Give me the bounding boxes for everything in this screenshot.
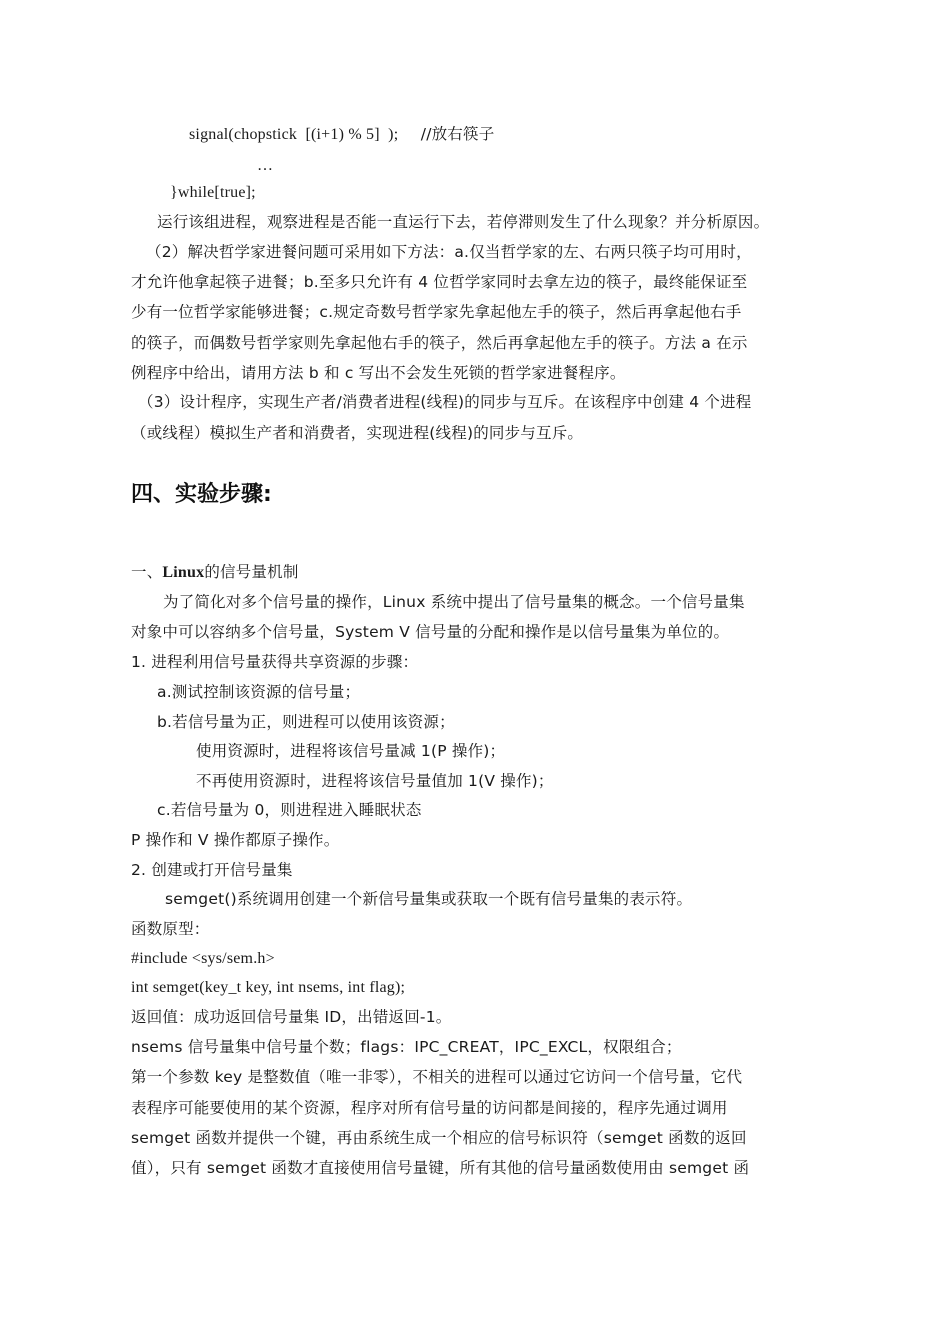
step2-signature: int semget(key_t key, int nsems, int fla… (131, 978, 405, 998)
task-p2-line-5: 例程序中给出，请用方法 b 和 c 写出不会发生死锁的哲学家进餐程序。 (131, 363, 626, 383)
step1-item-c: c.若信号量为 0，则进程进入睡眠状态 (157, 800, 422, 820)
step2-include: #include <sys/sem.h> (131, 949, 275, 969)
task-p2-line-4: 的筷子，而偶数号哲学家则先拿起他右手的筷子，然后再拿起他左手的筷子。方法 a 在… (131, 333, 748, 353)
step1-item-b-sub2: 不再使用资源时，进程将该信号量值加 1(V 操作)； (196, 771, 554, 791)
step2-key-line-1: 第一个参数 key 是整数值（唯一非零），不相关的进程可以通过它访问一个信号量，… (131, 1067, 742, 1087)
step2-params: nsems 信号量集中信号量个数；flags：IPC_CREAT，IPC_EXC… (131, 1037, 682, 1057)
step1-item-b: b.若信号量为正，则进程可以使用该资源； (157, 712, 455, 732)
task-p2-line-2: 才允许他拿起筷子进餐；b.至多只允许有 4 位哲学家同时去拿左边的筷子，最终能保… (131, 272, 747, 292)
code-signal-line: signal(chopstick [(i+1) % 5] ); //放右筷子 (189, 124, 494, 145)
code-ellipsis: … (257, 156, 273, 176)
task-p1: 运行该组进程，观察进程是否能一直运行下去，若停滞则发生了什么现象？并分析原因。 (157, 212, 769, 232)
subsection-heading: 一、Linux的信号量机制 (131, 562, 299, 583)
step1-item-a: a.测试控制该资源的信号量； (157, 682, 360, 702)
step2-key-line-4: 值），只有 semget 函数才直接使用信号量键，所有其他的信号量函数使用由 s… (131, 1158, 749, 1178)
step2-proto-label: 函数原型： (131, 919, 210, 939)
intro-line-2: 对象中可以容纳多个信号量，System V 信号量的分配和操作是以信号量集为单位… (131, 622, 729, 642)
task-p2-line-3: 少有一位哲学家能够进餐；c.规定奇数号哲学家先拿起他左手的筷子，然后再拿起他右手 (131, 302, 741, 322)
code-signal-comment: //放右筷子 (421, 125, 495, 143)
task-p2-line-1: （2）解决哲学家进餐问题可采用如下方法：a.仅当哲学家的左、右两只筷子均可用时， (146, 242, 752, 262)
section-heading: 四、实验步骤: (131, 481, 272, 509)
subsection-bold-word: Linux (162, 564, 204, 581)
document-page: signal(chopstick [(i+1) % 5] ); //放右筷子 …… (0, 0, 950, 1320)
step1-item-b-sub1: 使用资源时，进程将该信号量减 1(P 操作)； (196, 741, 505, 761)
step2-desc: semget()系统调用创建一个新信号量集或获取一个既有信号量集的表示符。 (165, 889, 692, 909)
code-signal-call: signal(chopstick [(i+1) % 5] ); (189, 126, 398, 143)
step2-title: 2. 创建或打开信号量集 (131, 860, 293, 880)
task-p3-line-2: （或线程）模拟生产者和消费者，实现进程(线程)的同步与互斥。 (131, 423, 583, 443)
subsection-prefix: 一、 (131, 563, 162, 581)
step2-key-line-2: 表程序可能要使用的某个资源，程序对所有信号量的访问都是间接的，程序先通过调用 (131, 1098, 728, 1118)
code-while-line: }while[true]; (170, 183, 256, 203)
step2-return-value: 返回值：成功返回信号量集 ID，出错返回-1。 (131, 1007, 452, 1027)
intro-line-1: 为了简化对多个信号量的操作，Linux 系统中提出了信号量集的概念。一个信号量集 (163, 592, 745, 612)
step1-note: P 操作和 V 操作都原子操作。 (131, 830, 339, 850)
task-p3-line-1: （3）设计程序，实现生产者/消费者进程(线程)的同步与互斥。在该程序中创建 4 … (138, 392, 752, 412)
step2-key-line-3: semget 函数并提供一个键，再由系统生成一个相应的信号标识符（semget … (131, 1128, 747, 1148)
step1-title: 1. 进程利用信号量获得共享资源的步骤： (131, 652, 418, 672)
subsection-suffix: 的信号量机制 (204, 563, 298, 581)
